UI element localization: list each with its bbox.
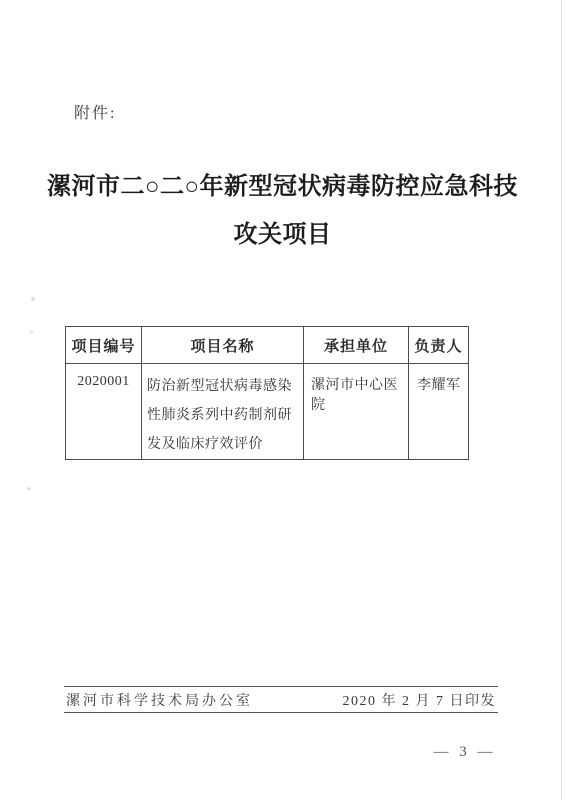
- projects-table: 项目编号 项目名称 承担单位 负责人 2020001 防治新型冠状病毒感染性肺炎…: [65, 326, 469, 460]
- footer-print-date: 2020 年 2 月 7 日印发: [343, 690, 497, 710]
- attachment-label: 附件:: [74, 100, 116, 123]
- scan-speck: [27, 487, 31, 490]
- document-title: 漯河市二○二○年新型冠状病毒防控应急科技 攻关项目: [0, 163, 565, 259]
- header-leader: 负责人: [409, 327, 469, 364]
- scan-speck: [30, 330, 33, 333]
- cell-undertaking-unit: 漯河市中心医院: [304, 364, 409, 460]
- header-project-name: 项目名称: [142, 327, 304, 364]
- page-number: — 3 —: [418, 744, 508, 761]
- table-header-row: 项目编号 项目名称 承担单位 负责人: [66, 327, 469, 364]
- table-row: 2020001 防治新型冠状病毒感染性肺炎系列中药制剂研发及临床疗效评价 漯河市…: [66, 364, 469, 460]
- scan-edge-line: [561, 0, 562, 800]
- header-undertaking-unit: 承担单位: [304, 327, 409, 364]
- footer-issuing-office: 漯河市科学技术局办公室: [66, 690, 253, 710]
- scan-speck: [31, 297, 35, 301]
- cell-project-code: 2020001: [66, 364, 142, 460]
- header-project-code: 项目编号: [66, 327, 142, 364]
- footer-band: 漯河市科学技术局办公室 2020 年 2 月 7 日印发: [64, 686, 498, 713]
- document-title-line1: 漯河市二○二○年新型冠状病毒防控应急科技: [0, 163, 565, 211]
- cell-leader: 李耀军: [409, 364, 469, 460]
- cell-project-name: 防治新型冠状病毒感染性肺炎系列中药制剂研发及临床疗效评价: [142, 364, 304, 460]
- scanned-document-page: 附件: 漯河市二○二○年新型冠状病毒防控应急科技 攻关项目 项目编号 项目名称 …: [0, 0, 565, 800]
- document-title-line2: 攻关项目: [0, 211, 565, 259]
